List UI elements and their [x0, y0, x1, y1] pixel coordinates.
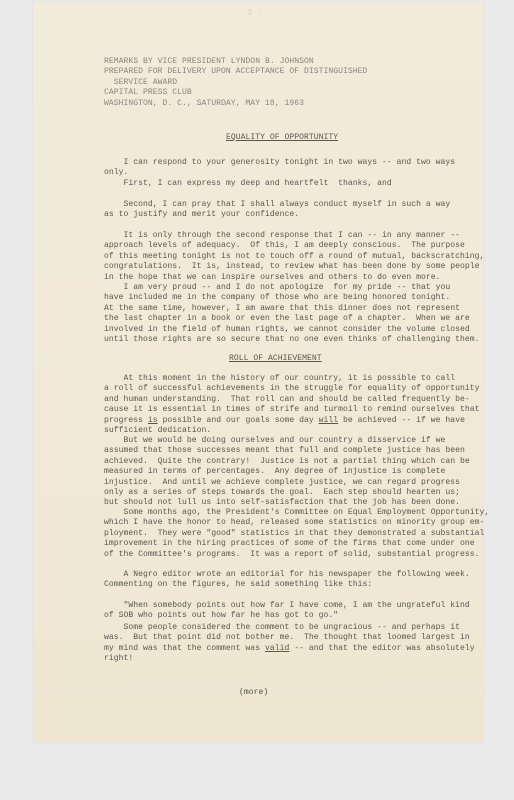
paragraph-line: At this moment in the history of our cou… — [104, 374, 455, 384]
paragraph-line: of this meeting tonight is not to touch … — [104, 252, 484, 262]
paragraph-line: Some months ago, the President's Committ… — [104, 508, 489, 518]
paragraph-line: the last chapter in a book or even the l… — [104, 314, 470, 324]
paragraph-line: of SOB who points out how far he has got… — [104, 611, 338, 621]
section-heading: EQUALITY OF OPPORTUNITY — [226, 133, 338, 143]
paragraph-line: A Negro editor wrote an editorial for hi… — [104, 570, 470, 580]
paragraph-line: and human understanding. That roll can a… — [104, 395, 470, 405]
continued-marker: (more) — [239, 688, 268, 698]
paragraph-line: my mind was that the comment was valid -… — [104, 644, 475, 654]
paragraph-line: as to justify and merit your confidence. — [104, 210, 299, 220]
paragraph-line: But we would be doing ourselves and our … — [104, 436, 445, 446]
paragraph-line: which I have the honor to head, released… — [104, 518, 484, 528]
paragraph-line: Commenting on the figures, he said somet… — [104, 580, 372, 590]
paragraph-line: "When somebody points out how far I have… — [104, 601, 470, 611]
paragraph-line: improvement in the hiring practices of s… — [104, 539, 475, 549]
paragraph-line: involved in the field of human rights, w… — [104, 325, 470, 335]
paragraph-line: ployment. They were "good" statistics in… — [104, 529, 484, 539]
document-page: - 2 - REMARKS BY VICE PRESIDENT LYNDON B… — [33, 2, 483, 742]
paragraph-line: progress is possible and our goals some … — [104, 416, 465, 426]
paragraph-line: assumed that those successes meant that … — [104, 446, 465, 456]
paragraph-line: only. — [104, 168, 128, 178]
paragraph-line: of the Committee's programs. It was a re… — [104, 550, 480, 560]
paragraph-line: congratulations. It is, instead, to revi… — [104, 262, 480, 272]
paragraph-line: right! — [104, 654, 133, 664]
header-line: CAPITAL PRESS CLUB — [104, 88, 192, 98]
paragraph-line: cause it is essential in times of strife… — [104, 405, 480, 415]
paragraph-line: Second, I can pray that I shall always c… — [104, 200, 450, 210]
paragraph-line: was. But that point did not bother me. T… — [104, 633, 470, 643]
paragraph-line: have included me in the company of those… — [104, 293, 450, 303]
typewritten-speech: REMARKS BY VICE PRESIDENT LYNDON B. JOHN… — [33, 2, 483, 742]
paragraph-line: approach levels of adequacy. Of this, I … — [104, 241, 465, 251]
header-line: REMARKS BY VICE PRESIDENT LYNDON B. JOHN… — [104, 57, 314, 67]
paragraph-line: It is only through the second response t… — [104, 231, 460, 241]
section-heading: ROLL OF ACHIEVEMENT — [229, 354, 322, 364]
paragraph-line: sufficient dedication. — [104, 426, 211, 436]
paragraph-line: achieved. Quite the contrary! Justice is… — [104, 457, 470, 467]
header-line: WASHINGTON, D. C., SATURDAY, MAY 18, 196… — [104, 99, 304, 109]
paragraph-line: measured in terms of percentages. Any de… — [104, 467, 445, 477]
header-line: SERVICE AWARD — [104, 78, 177, 88]
paragraph-line: First, I can express my deep and heartfe… — [104, 179, 392, 189]
paragraph-line: only as a series of steps towards the go… — [104, 488, 460, 498]
paragraph-line: injustice. And until we achieve complete… — [104, 478, 460, 488]
paragraph-line: At the same time, however, I am aware th… — [104, 304, 460, 314]
paragraph-line: I am very proud -- and I do not apologiz… — [104, 283, 450, 293]
paragraph-line: I can respond to your generosity tonight… — [104, 158, 455, 168]
paragraph-line: Some people considered the comment to be… — [104, 623, 460, 633]
paragraph-line: in the hope that we can inspire ourselve… — [104, 273, 441, 283]
paragraph-line: a roll of successful achievements in the… — [104, 384, 480, 394]
header-line: PREPARED FOR DELIVERY UPON ACCEPTANCE OF… — [104, 67, 367, 77]
paragraph-line: until those rights are so secure that no… — [104, 335, 480, 345]
